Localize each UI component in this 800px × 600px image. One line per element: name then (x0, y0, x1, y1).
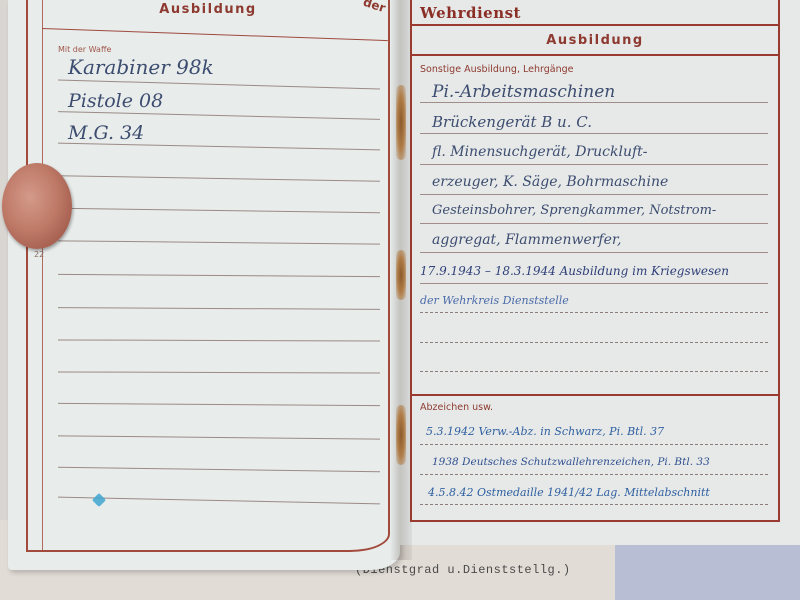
handwritten-entry: fl. Minensuchgerät, Druckluft- (432, 144, 648, 160)
ruled-line (58, 80, 380, 90)
margin-line (42, 0, 43, 550)
header-rule (42, 28, 388, 41)
section-divider (412, 394, 778, 396)
ruled-line (58, 111, 380, 120)
ruled-line (420, 504, 768, 505)
ruled-line (420, 342, 768, 343)
ruled-line (420, 133, 768, 134)
ruled-line (58, 175, 380, 182)
ruled-line (420, 283, 768, 284)
left-page-header: Ausbildung (28, 2, 388, 17)
handwritten-entry: Pistole 08 (68, 90, 163, 112)
ruled-line (58, 274, 380, 277)
handwritten-entry: 17.9.1943 – 18.3.1944 Ausbildung im Krie… (420, 264, 729, 278)
rust-stain (396, 405, 406, 465)
handwritten-entry: der Wehrkreis Dienststelle (420, 294, 569, 307)
ruled-line (420, 371, 768, 372)
handwritten-entry: aggregat, Flammenwerfer, (432, 232, 622, 248)
page-title: Wehrdienst (420, 4, 521, 22)
right-page-frame: Wehrdienst Ausbildung Sonstige Ausbildun… (410, 0, 780, 522)
ruled-line (420, 312, 768, 313)
rust-stain (396, 85, 406, 160)
section-header: Ausbildung (412, 33, 778, 48)
row-number: 22 (34, 250, 44, 259)
ruled-line (420, 102, 768, 103)
ruled-line (420, 252, 768, 253)
ruled-line (58, 497, 380, 505)
handwritten-entry: 4.5.8.42 Ostmedaille 1941/42 Lag. Mittel… (428, 486, 710, 499)
handwritten-entry: Pi.-Arbeitsmaschinen (432, 82, 615, 102)
handwritten-entry: Brückengerät B u. C. (432, 113, 592, 131)
handwritten-entry: 1938 Deutsches Schutzwallehrenzeichen, P… (432, 456, 710, 468)
ruled-line (58, 208, 380, 213)
left-page-frame: Ausbildung der Mit der Waffe Karabiner 9… (26, 0, 390, 552)
ruled-line (420, 223, 768, 224)
ruled-line (420, 474, 768, 475)
background-surface (615, 545, 800, 600)
handwritten-entry: Karabiner 98k (68, 55, 214, 79)
ruled-line (420, 444, 768, 445)
handwritten-entry: M.G. 34 (68, 122, 144, 144)
header-rule (412, 54, 778, 56)
ruled-line (58, 240, 380, 244)
ruled-line (58, 403, 380, 406)
badges-label: Abzeichen usw. (420, 402, 493, 413)
field-label-weapons: Mit der Waffe (58, 45, 111, 54)
handwritten-entry: erzeuger, K. Säge, Bohrmaschine (432, 174, 668, 190)
handwritten-entry: Gesteinsbohrer, Sprengkammer, Notstrom- (432, 203, 716, 218)
ruled-line (58, 371, 380, 373)
ruled-line (58, 307, 380, 310)
ruled-line (58, 435, 380, 439)
ruled-line (420, 164, 768, 165)
ruled-line (420, 194, 768, 195)
ruled-line (58, 467, 380, 472)
handwritten-entry: 5.3.1942 Verw.-Abz. in Schwarz, Pi. Btl.… (426, 425, 664, 438)
copper-coin (2, 163, 72, 249)
rust-stain (396, 250, 406, 300)
title-rule (412, 24, 778, 26)
training-label: Sonstige Ausbildung, Lehrgänge (420, 64, 573, 75)
ruled-line (58, 339, 380, 341)
